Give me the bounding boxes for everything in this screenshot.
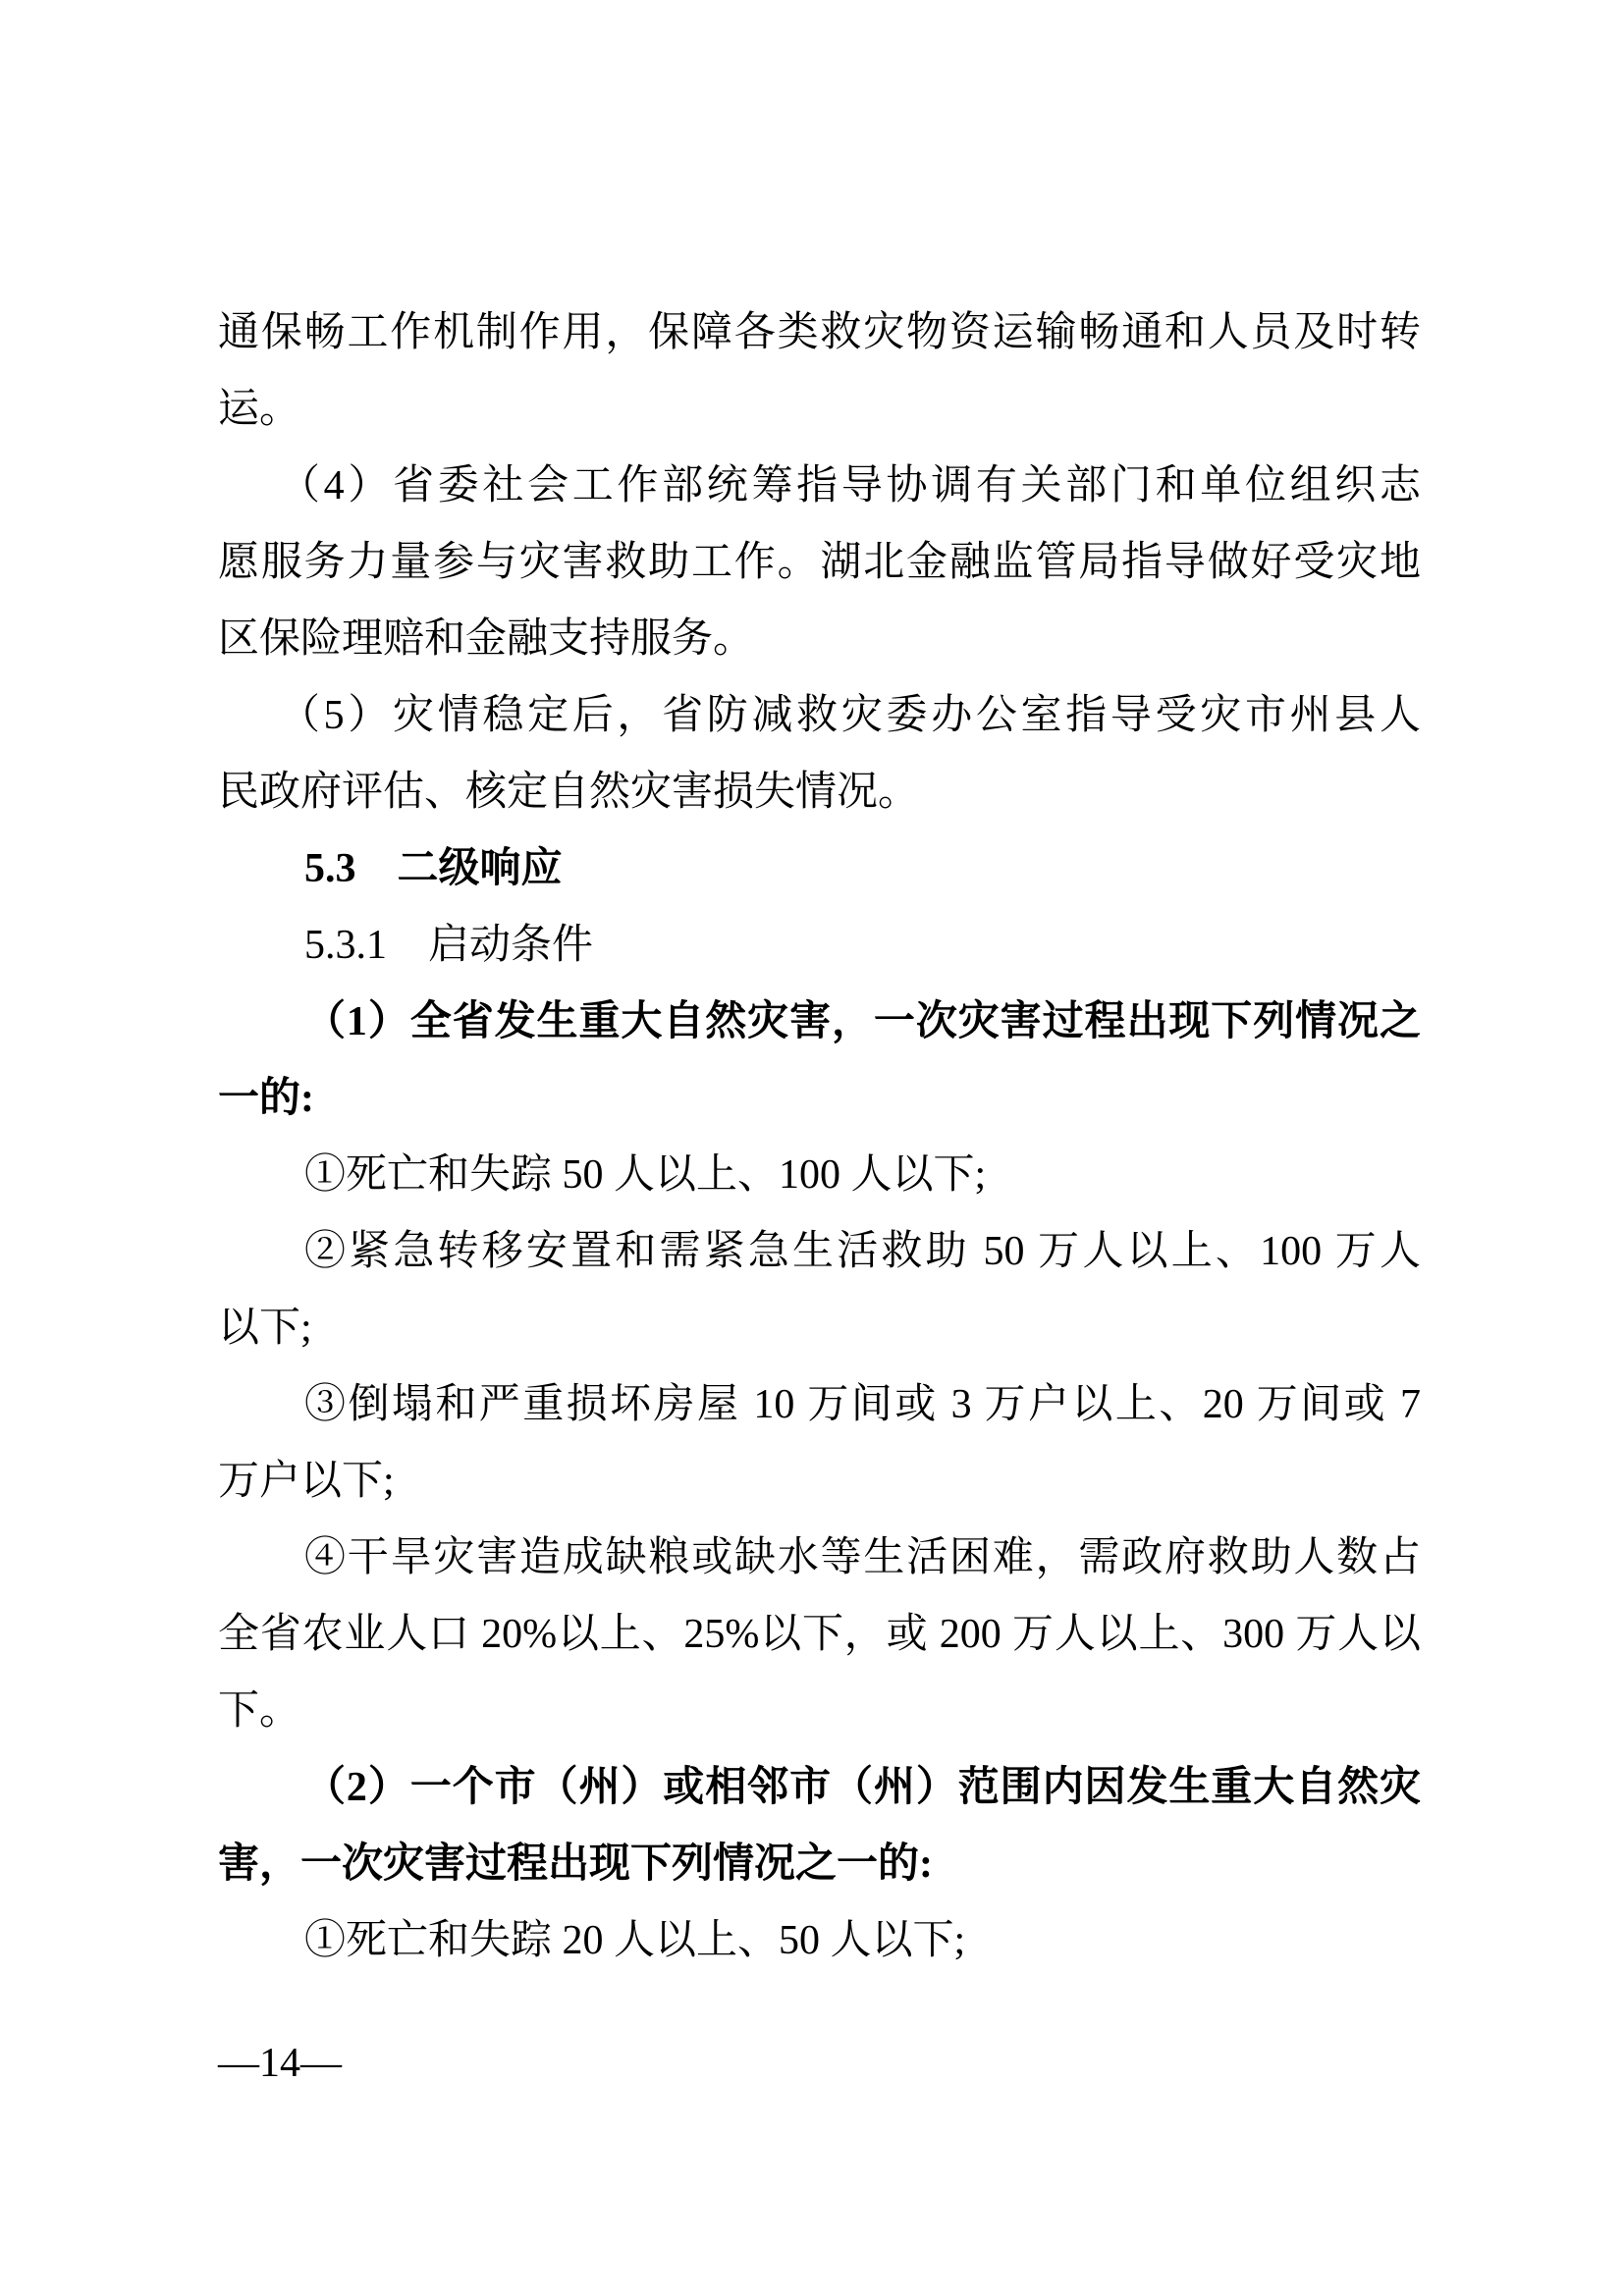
document-body: 通保畅工作机制作用，保障各类救灾物资运输畅通和人员及时转运。（4）省委社会工作部…	[218, 294, 1421, 1979]
document-line: 5.3.1 启动条件	[218, 907, 1421, 984]
document-line: ③倒塌和严重损坏房屋 10 万间或 3 万户以上、20 万间或 7	[218, 1366, 1421, 1443]
document-line: （4）省委社会工作部统筹指导协调有关部门和单位组织志	[218, 448, 1421, 524]
document-line: ①死亡和失踪 50 人以上、100 人以下;	[218, 1137, 1421, 1213]
document-line: 全省农业人口 20%以上、25%以下，或 200 万人以上、300 万人以	[218, 1596, 1421, 1673]
document-line: 运。	[218, 371, 1421, 448]
document-line: 区保险理赔和金融支持服务。	[218, 601, 1421, 677]
document-line: （1）全省发生重大自然灾害，一次灾害过程出现下列情况之	[218, 984, 1421, 1060]
document-line: 害，一次灾害过程出现下列情况之一的:	[218, 1826, 1421, 1902]
document-line: ④干旱灾害造成缺粮或缺水等生活困难，需政府救助人数占	[218, 1520, 1421, 1596]
document-line: （2）一个市（州）或相邻市（州）范围内因发生重大自然灾	[218, 1749, 1421, 1826]
document-line: ①死亡和失踪 20 人以上、50 人以下;	[218, 1902, 1421, 1979]
document-page: 通保畅工作机制作用，保障各类救灾物资运输畅通和人员及时转运。（4）省委社会工作部…	[0, 0, 1624, 2296]
page-number: —14—	[218, 2040, 342, 2087]
document-line: 通保畅工作机制作用，保障各类救灾物资运输畅通和人员及时转	[218, 294, 1421, 371]
document-line: 5.3 二级响应	[218, 830, 1421, 907]
document-line: 民政府评估、核定自然灾害损失情况。	[218, 754, 1421, 830]
document-line: 一的:	[218, 1060, 1421, 1137]
document-line: ②紧急转移安置和需紧急生活救助 50 万人以上、100 万人	[218, 1213, 1421, 1290]
document-line: 以下;	[218, 1290, 1421, 1366]
document-line: （5）灾情稳定后，省防减救灾委办公室指导受灾市州县人	[218, 677, 1421, 754]
document-line: 万户以下;	[218, 1443, 1421, 1520]
document-line: 下。	[218, 1673, 1421, 1749]
document-line: 愿服务力量参与灾害救助工作。湖北金融监管局指导做好受灾地	[218, 524, 1421, 601]
